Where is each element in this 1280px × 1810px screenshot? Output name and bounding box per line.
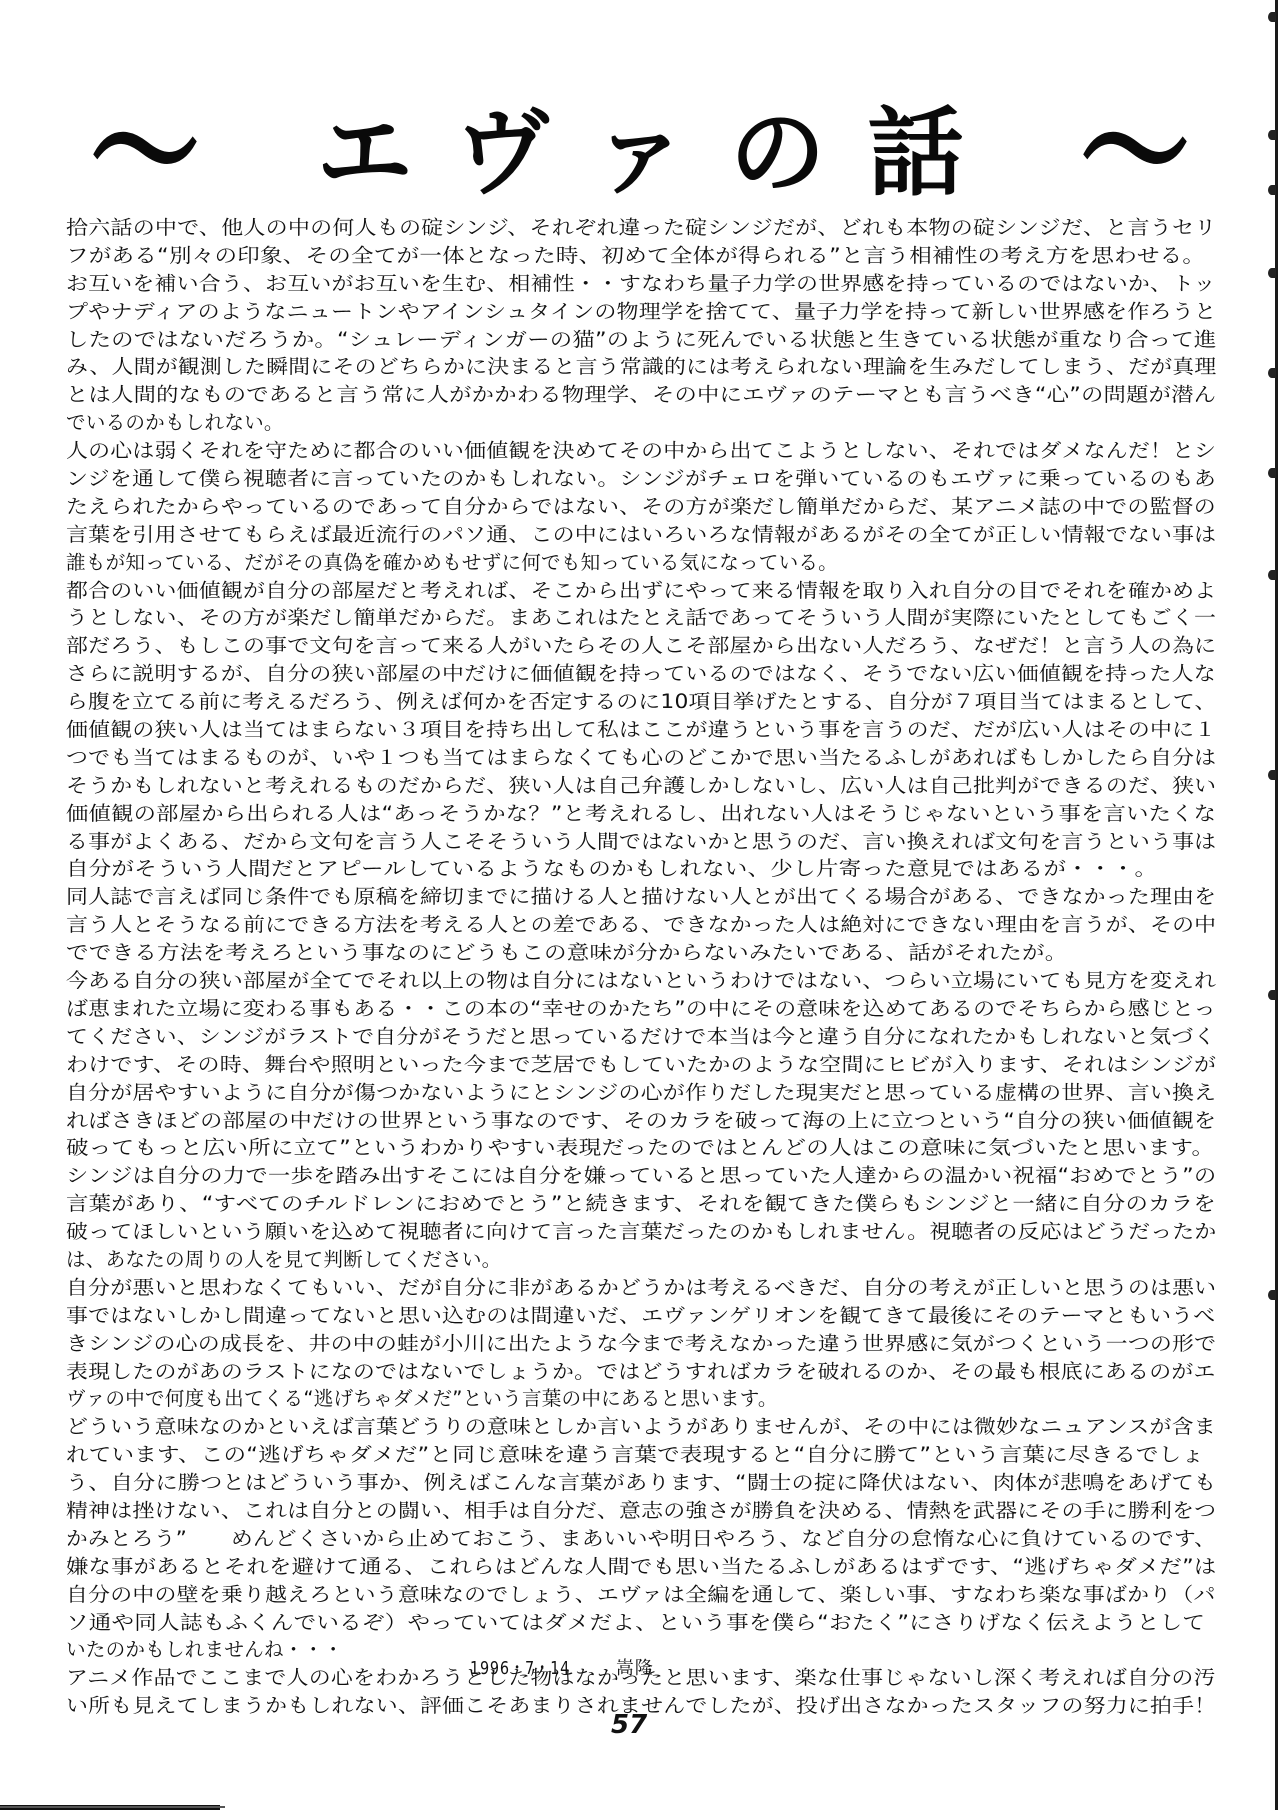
text-line: てください、シンジがラストで自分がそうだと思っているだけで本当は今と違う自分にな… <box>66 1023 1280 1051</box>
text-line: 言う人とそうなる前にできる方法を考える人との差である、できなかった人は絶対にでき… <box>66 911 1280 939</box>
text-line: 自分の中の壁を乗り越えろという意味なのでしょう、エヴァは全編を通して、楽しい事、… <box>66 1581 1280 1609</box>
text-line: したのではないだろうか。“シュレーディンガーの猫”のように死んでいる状態と生きて… <box>66 326 1280 354</box>
text-line: ンジを通して僕ら視聴者に言っていたのかもしれない。シンジがチェロを弾いているのも… <box>66 465 1280 493</box>
text-line: る事がよくある、だから文句を言う人こそそういう人間ではないかと思うのだ、言い換え… <box>66 828 1280 856</box>
text-line: 嫌な事があるとそれを避けて通る、これらはどんな人間でも思い当たるふしがあるはずで… <box>66 1553 1280 1581</box>
text-line: う、自分に勝つとはどういう事か、例えばこんな言葉があります、“闘士の掟に降伏はな… <box>66 1469 1280 1497</box>
scan-edge-mark <box>1268 268 1276 278</box>
title-right-tilde: ～ <box>1080 82 1190 225</box>
text-line: 拾六話の中で、他人の中の何人もの碇シンジ、それぞれ違った碇シンジだが、どれも本物… <box>66 214 1280 242</box>
text-line: 価値観の狭い人は当てはまらない３項目を持ち出して私はここが違うという事を言うのだ… <box>66 716 1280 744</box>
text-line: ば恵まれた立場に変わる事もある・・この本の“幸せのかたち”の中にその意味を込めて… <box>66 995 1280 1023</box>
scan-edge-mark <box>1268 1290 1276 1300</box>
text-line: 都合のいい価値観が自分の部屋だと考えれば、そこから出ずにやって来る情報を取り入れ… <box>66 577 1280 605</box>
scan-edge-mark <box>1268 990 1276 1000</box>
text-line: み、人間が観測した瞬間にそのどちらかに決まると言う常識的には考えられない理論を生… <box>66 353 1280 381</box>
scan-bottom-edge-shadow <box>0 1806 225 1808</box>
signature-date: 1996・7・14 <box>470 1654 570 1680</box>
text-line: 破ってほしいという願いを込めて視聴者に向けて言った言葉だったのかもしれません。視… <box>66 1218 1280 1246</box>
scan-edge-mark <box>1268 368 1276 378</box>
text-line: たえられたからやっているのであって自分からではない、その方が楽だし簡単だからだ、… <box>66 493 1280 521</box>
scan-edge-mark <box>1268 185 1276 195</box>
text-line: 言葉を引用させてもらえば最近流行のパソ通、この中にはいろいろな情報があるがその全… <box>66 521 1280 549</box>
text-line: 表現したのがあのラストになのではないでしょうか。ではどうすればカラを破れるのか、… <box>66 1358 1280 1386</box>
scan-edge-mark <box>1268 570 1276 580</box>
text-line: つでも当てはまるものが、いや１つも当てはまらなくても心のどこかで思い当たるふしが… <box>66 744 1280 772</box>
text-line: 自分が悪いと思わなくてもいい、だが自分に非があるかどうかは考えるべきだ、自分の考… <box>66 1274 1280 1302</box>
text-line: 部だろう、もしこの事で文句を言って来る人がいたらその人こそ部屋から出ない人だろう… <box>66 632 1280 660</box>
text-line: でできる方法を考えろという事なのにどうもこの意味が分からないみたいである、話がそ… <box>66 939 1280 967</box>
text-line: ら腹を立てる前に考えるだろう、例えば何かを否定するのに10項目挙げたとする、自分… <box>66 688 1280 716</box>
text-line: ヴァの中で何度も出てくる“逃げちゃダメだ”という言葉の中にあると思います。 <box>66 1385 1216 1413</box>
scanned-page: ～ エヴァの話 ～ 拾六話の中で、他人の中の何人もの碇シンジ、それぞれ違った碇シ… <box>0 0 1280 1810</box>
essay-body: 拾六話の中で、他人の中の何人もの碇シンジ、それぞれ違った碇シンジだが、どれも本物… <box>66 214 1216 1720</box>
text-line: きシンジの心の成長を、井の中の蛙が小川に出たような今まで考えなかった違う世界感に… <box>66 1330 1280 1358</box>
signature-author: 嵩隆 <box>616 1658 654 1679</box>
page-title: ～ エヴァの話 ～ <box>90 98 1190 208</box>
text-line: シンジは自分の力で一歩を踏み出すそこには自分を嫌っていると思っていた人達からの温… <box>66 1162 1280 1190</box>
title-left-tilde: ～ <box>90 82 200 225</box>
scan-edge-mark <box>1268 130 1276 140</box>
text-line: 自分がそういう人間だとアピールしているようなものかもしれない、少し片寄った意見で… <box>66 855 1280 883</box>
text-line: 同人誌で言えば同じ条件でも原稿を締切までに描ける人と描けない人とが出てくる場合が… <box>66 883 1280 911</box>
scan-edge-mark <box>1268 468 1276 478</box>
text-line: かみとろう” めんどくさいから止めておこう、まあいいや明日やろう、など自分の怠惰… <box>66 1525 1280 1553</box>
text-line: 価値観の部屋から出られる人は“あっそうかな？”と考えれるし、出れない人はそうじゃ… <box>66 800 1280 828</box>
text-line: 事ではないしかし間違ってないと思い込むのは間違いだ、エヴァンゲリオンを観てきて最… <box>66 1302 1280 1330</box>
text-line: ソ通や同人誌もふくんでいるぞ）やっていてはダメだよ、という事を僕ら“おたく”にさ… <box>66 1609 1280 1637</box>
signature: 1996・7・14 嵩隆 <box>470 1654 654 1680</box>
text-line: い所も見えてしまうかもしれない、評価こそあまりされませんでしたが、投げ出さなかっ… <box>66 1692 1280 1720</box>
text-line: フがある“別々の印象、その全てが一体となった時、初めて全体が得られる”と言う相補… <box>66 242 1280 270</box>
text-line: 今ある自分の狭い部屋が全てでそれ以上の物は自分にはないというわけではない、つらい… <box>66 967 1280 995</box>
scan-edge-mark <box>1268 770 1276 780</box>
scan-edge-mark <box>1268 12 1276 22</box>
text-line: とは人間的なものであると言う常に人がかかわる物理学、その中にエヴァのテーマとも言… <box>66 381 1280 409</box>
text-line: でいるのかもしれない。 <box>66 409 1216 437</box>
text-line: 人の心は弱くそれを守ために都合のいい価値観を決めてその中から出てこようとしない、… <box>66 437 1280 465</box>
text-line: 精神は挫けない、これは自分との闘い、相手は自分だ、意志の強さが勝負を決める、情熱… <box>66 1497 1280 1525</box>
text-line: そうかもしれないと考えれるものだからだ、狭い人は自己弁護しかしないし、広い人は自… <box>66 772 1280 800</box>
text-line: プやナディアのようなニュートンやアインシュタインの物理学を捨てて、量子力学を持っ… <box>66 298 1280 326</box>
text-line: お互いを補い合う、お互いがお互いを生む、相補性・・すなわち量子力学の世界感を持っ… <box>66 270 1280 298</box>
text-line: わけです、その時、舞台や照明といった今まで芝居でもしていたかのような空間にヒビが… <box>66 1051 1280 1079</box>
text-line: 破ってもっと広い所に立て”というわかりやすい表現だったのではとんどの人はこの意味… <box>66 1134 1280 1162</box>
text-line: さらに説明するが、自分の狭い部屋の中だけに価値観を持っているのではなく、そうでな… <box>66 660 1280 688</box>
text-line: どういう意味なのかといえば言葉どうりの意味としか言いようがありませんが、その中に… <box>66 1413 1280 1441</box>
text-line: ればさきほどの部屋の中だけの世界という事なのです、そのカラを破って海の上に立つと… <box>66 1107 1280 1135</box>
text-line: 誰もが知っている、だがその真偽を確かめもせずに何でも知っている気になっている。 <box>66 549 1216 577</box>
text-line: は、あなたの周りの人を見て判断してください。 <box>66 1246 1216 1274</box>
title-text: エヴァの話 <box>200 98 1080 208</box>
text-line: 自分が居やすいように自分が傷つかないようにとシンジの心が作りだした現実だと思って… <box>66 1079 1280 1107</box>
text-line: うとしない、その方が楽だし簡単だからだ。まあこれはたとえ話であってそういう人間が… <box>66 604 1280 632</box>
text-line: れています、この“逃げちゃダメだ”と同じ意味を違う言葉で表現すると“自分に勝て”… <box>66 1441 1280 1469</box>
page-number: 57 <box>611 1710 647 1740</box>
text-line: アニメ作品でここまで人の心をわかろうとした物はなかったと思います、楽な仕事じゃな… <box>66 1664 1280 1692</box>
text-line: 言葉があり、“すべてのチルドレンにおめでとう”と続きます、それを観てきた僕らもシ… <box>66 1190 1280 1218</box>
